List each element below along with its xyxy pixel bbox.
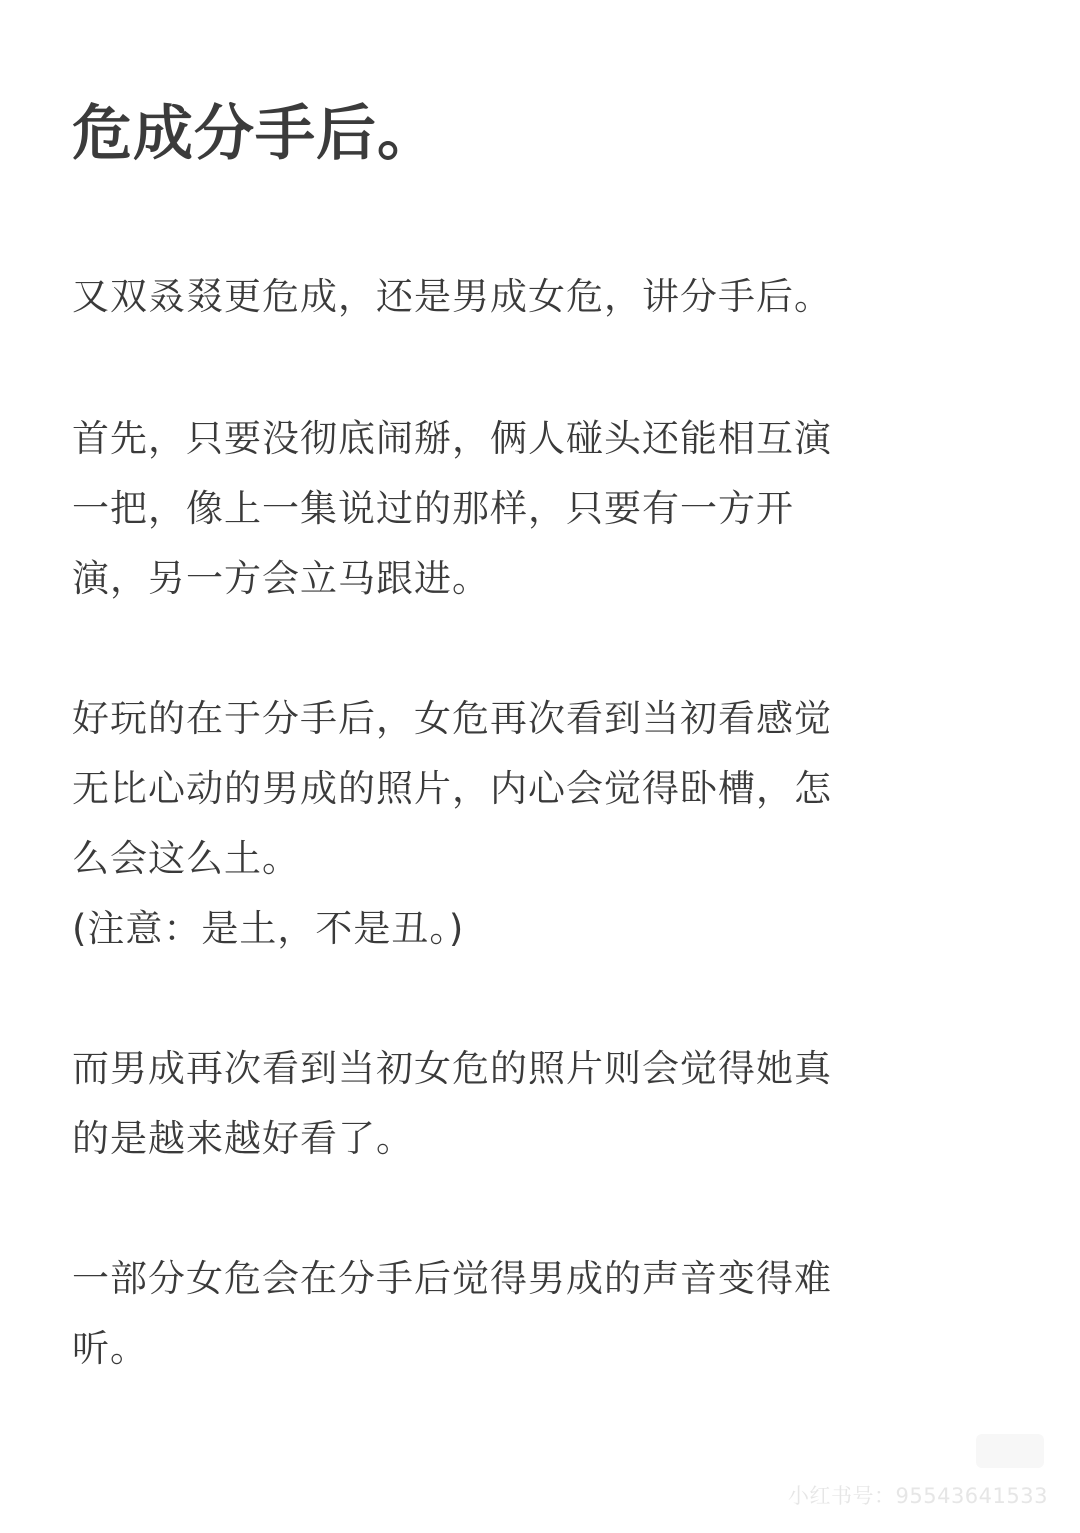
text-line: 而男成再次看到当初女危的照片则会觉得她真 bbox=[72, 1034, 992, 1104]
text-line: 么会这么土。 bbox=[72, 824, 992, 894]
text-line: 一把，像上一集说过的那样，只要有一方开 bbox=[72, 474, 992, 544]
text-line: 的是越来越好看了。 bbox=[72, 1104, 992, 1174]
paragraph-1: 又双叒叕更危成，还是男成女危，讲分手后。 bbox=[72, 262, 992, 332]
text-line: 好玩的在于分手后，女危再次看到当初看感觉 bbox=[72, 684, 992, 754]
text-line: 一部分女危会在分手后觉得男成的声音变得难 bbox=[72, 1244, 992, 1314]
text-line: 听。 bbox=[72, 1314, 992, 1384]
text-line: 首先，只要没彻底闹掰，俩人碰头还能相互演 bbox=[72, 404, 992, 474]
watermark-text: 小红书号：95543641533 bbox=[788, 1480, 1048, 1510]
paragraph-5: 一部分女危会在分手后觉得男成的声音变得难 听。 bbox=[72, 1244, 992, 1384]
text-line: 无比心动的男成的照片，内心会觉得卧槽，怎 bbox=[72, 754, 992, 824]
paragraph-4: 而男成再次看到当初女危的照片则会觉得她真 的是越来越好看了。 bbox=[72, 1034, 992, 1174]
text-line: (注意：是土，不是丑。) bbox=[72, 894, 992, 964]
paragraph-3: 好玩的在于分手后，女危再次看到当初看感觉 无比心动的男成的照片，内心会觉得卧槽，… bbox=[72, 684, 992, 964]
text-line: 演，另一方会立马跟进。 bbox=[72, 544, 992, 614]
paragraph-2: 首先，只要没彻底闹掰，俩人碰头还能相互演 一把，像上一集说过的那样，只要有一方开… bbox=[72, 404, 992, 614]
xiaohongshu-logo-icon bbox=[976, 1434, 1044, 1468]
page-title: 危成分手后。 bbox=[72, 92, 438, 176]
text-line: 又双叒叕更危成，还是男成女危，讲分手后。 bbox=[72, 262, 992, 332]
